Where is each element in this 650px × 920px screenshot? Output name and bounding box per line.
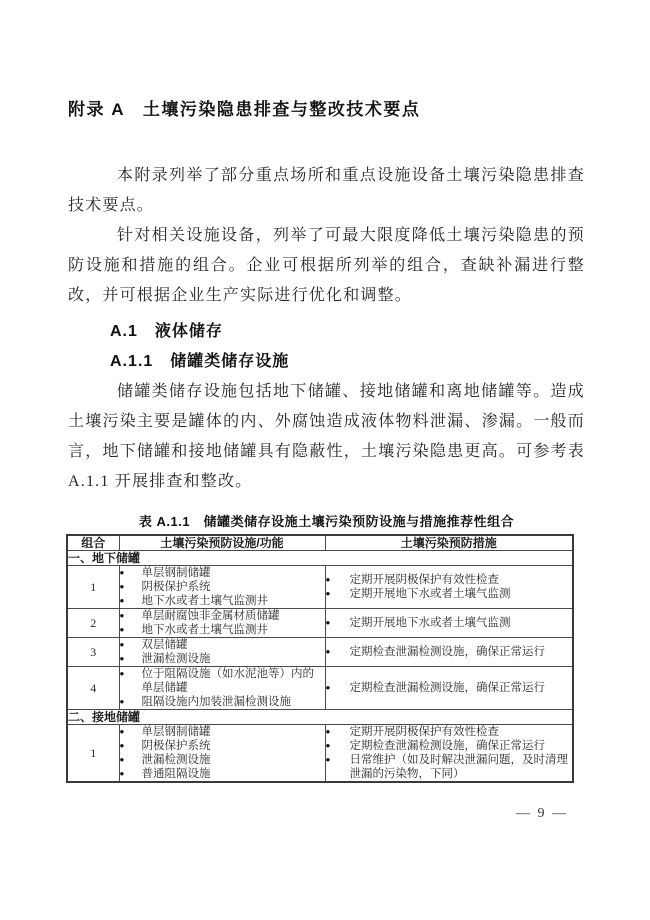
facility-item: ●地下水或者土壤气监测井: [120, 594, 325, 608]
column-header-measures: 土壤污染预防措施: [325, 535, 573, 551]
facilities-cell: ●单层耐腐蚀非金属材质储罐 ●地下水或者土壤气监测井: [119, 609, 325, 638]
facility-item: ●位于阻隔设施（如水泥池等）内的单层储罐: [120, 667, 325, 695]
table-header-row: 组合 土壤污染预防设施/功能 土壤污染预防措施: [67, 535, 573, 551]
table-caption: 表 A.1.1 储罐类储存设施土壤污染预防设施与措施推荐性组合: [68, 511, 585, 530]
bullet-icon: ●: [326, 645, 350, 659]
combo-number: 1: [67, 566, 119, 609]
facilities-cell: ●单层钢制储罐 ●阴极保护系统 ●地下水或者土壤气监测井: [119, 566, 325, 609]
table-row: 2 ●单层耐腐蚀非金属材质储罐 ●地下水或者土壤气监测井 ●定期开展地下水或者土…: [67, 609, 573, 638]
bullet-icon: ●: [120, 695, 142, 709]
bullet-icon: ●: [326, 739, 350, 753]
facilities-cell: ●双层储罐 ●泄漏检测设施: [119, 638, 325, 667]
bullet-icon: ●: [120, 767, 142, 781]
combo-number: 3: [67, 638, 119, 667]
paragraph-approach: 针对相关设施设备，列举了可最大限度降低土壤污染隐患的预防设施和措施的组合。企业可…: [68, 221, 585, 311]
combo-number: 1: [67, 725, 119, 783]
facility-item: ●阴极保护系统: [120, 580, 325, 594]
section-title: 二、接地储罐: [67, 710, 573, 725]
measures-cell: ●定期开展地下水或者土壤气监测: [325, 609, 573, 638]
facility-item: ●单层钢制储罐: [120, 566, 325, 580]
combo-number: 2: [67, 609, 119, 638]
bullet-icon: ●: [120, 753, 142, 767]
facility-item: ●双层储罐: [120, 638, 325, 652]
measure-item: ●定期开展地下水或者土壤气监测: [326, 587, 573, 601]
section-row-underground: 一、地下储罐: [67, 551, 573, 566]
column-header-combo: 组合: [67, 535, 119, 551]
measure-item: ●定期检查泄漏检测设施，确保正常运行: [326, 645, 573, 659]
bullet-icon: ●: [120, 594, 142, 608]
facility-item: ●泄漏检测设施: [120, 652, 325, 666]
bullet-icon: ●: [326, 753, 350, 767]
measure-item: ●定期开展阴极保护有效性检查: [326, 573, 573, 587]
bullet-icon: ●: [120, 623, 142, 637]
measures-cell: ●定期开展阴极保护有效性检查 ●定期开展地下水或者土壤气监测: [325, 566, 573, 609]
bullet-icon: ●: [326, 573, 350, 587]
measure-item: ●定期开展阴极保护有效性检查: [326, 725, 573, 739]
table-row: 1 ●单层钢制储罐 ●阴极保护系统 ●地下水或者土壤气监测井 ●定期开展阴极保护…: [67, 566, 573, 609]
bullet-icon: ●: [120, 566, 142, 580]
measures-cell: ●定期检查泄漏检测设施，确保正常运行: [325, 638, 573, 667]
measures-cell: ●定期开展阴极保护有效性检查 ●定期检查泄漏检测设施，确保正常运行 ●日常维护（…: [325, 725, 573, 783]
table-row: 1 ●单层钢制储罐 ●阴极保护系统 ●泄漏检测设施 ●普通阻隔设施 ●定期开展阴…: [67, 725, 573, 783]
bullet-icon: ●: [326, 725, 350, 739]
table-row: 4 ●位于阻隔设施（如水泥池等）内的单层储罐 ●阻隔设施内加装泄漏检测设施 ●定…: [67, 667, 573, 710]
bullet-icon: ●: [120, 652, 142, 666]
section-title: 一、地下储罐: [67, 551, 573, 566]
table-row: 3 ●双层储罐 ●泄漏检测设施 ●定期检查泄漏检测设施，确保正常运行: [67, 638, 573, 667]
column-header-facilities: 土壤污染预防设施/功能: [119, 535, 325, 551]
bullet-icon: ●: [120, 609, 142, 623]
paragraph-tanks: 储罐类储存设施包括地下储罐、接地储罐和离地储罐等。造成土壤污染主要是罐体的内、外…: [68, 377, 585, 497]
subsection-heading-a11: A.1.1 储罐类储存设施: [68, 347, 585, 377]
bullet-icon: ●: [326, 616, 350, 630]
facility-item: ●阻隔设施内加装泄漏检测设施: [120, 695, 325, 709]
measure-item: ●定期开展地下水或者土壤气监测: [326, 616, 573, 630]
bullet-icon: ●: [120, 725, 142, 739]
page-number: — 9 —: [516, 806, 568, 822]
paragraph-intro: 本附录列举了部分重点场所和重点设施设备土壤污染隐患排查技术要点。: [68, 161, 585, 221]
data-table: 组合 土壤污染预防设施/功能 土壤污染预防措施 一、地下储罐 1 ●单层钢制储罐…: [66, 534, 574, 783]
facilities-cell: ●位于阻隔设施（如水泥池等）内的单层储罐 ●阻隔设施内加装泄漏检测设施: [119, 667, 325, 710]
bullet-icon: ●: [120, 580, 142, 594]
page-title: 附录 A 土壤污染隐患排查与整改技术要点: [68, 97, 585, 123]
bullet-icon: ●: [326, 587, 350, 601]
bullet-icon: ●: [326, 681, 350, 695]
section-row-grounded: 二、接地储罐: [67, 710, 573, 725]
measures-cell: ●定期检查泄漏检测设施，确保正常运行: [325, 667, 573, 710]
measure-item: ●定期检查泄漏检测设施，确保正常运行: [326, 739, 573, 753]
facility-item: ●阴极保护系统: [120, 739, 325, 753]
document-page: 附录 A 土壤污染隐患排查与整改技术要点 本附录列举了部分重点场所和重点设施设备…: [0, 0, 650, 920]
bullet-icon: ●: [120, 638, 142, 652]
facility-item: ●泄漏检测设施: [120, 753, 325, 767]
bullet-icon: ●: [120, 739, 142, 753]
facility-item: ●普通阻隔设施: [120, 767, 325, 781]
combo-number: 4: [67, 667, 119, 710]
facility-item: ●地下水或者土壤气监测井: [120, 623, 325, 637]
facility-item: ●单层钢制储罐: [120, 725, 325, 739]
page-content: 附录 A 土壤污染隐患排查与整改技术要点 本附录列举了部分重点场所和重点设施设备…: [0, 0, 650, 783]
measure-item: ●定期检查泄漏检测设施，确保正常运行: [326, 681, 573, 695]
bullet-icon: ●: [120, 667, 142, 681]
measure-item: ●日常维护（如及时解决泄漏问题，及时清理泄漏的污染物，下同）: [326, 753, 573, 781]
facility-item: ●单层耐腐蚀非金属材质储罐: [120, 609, 325, 623]
facilities-cell: ●单层钢制储罐 ●阴极保护系统 ●泄漏检测设施 ●普通阻隔设施: [119, 725, 325, 783]
section-heading-a1: A.1 液体储存: [68, 317, 585, 347]
